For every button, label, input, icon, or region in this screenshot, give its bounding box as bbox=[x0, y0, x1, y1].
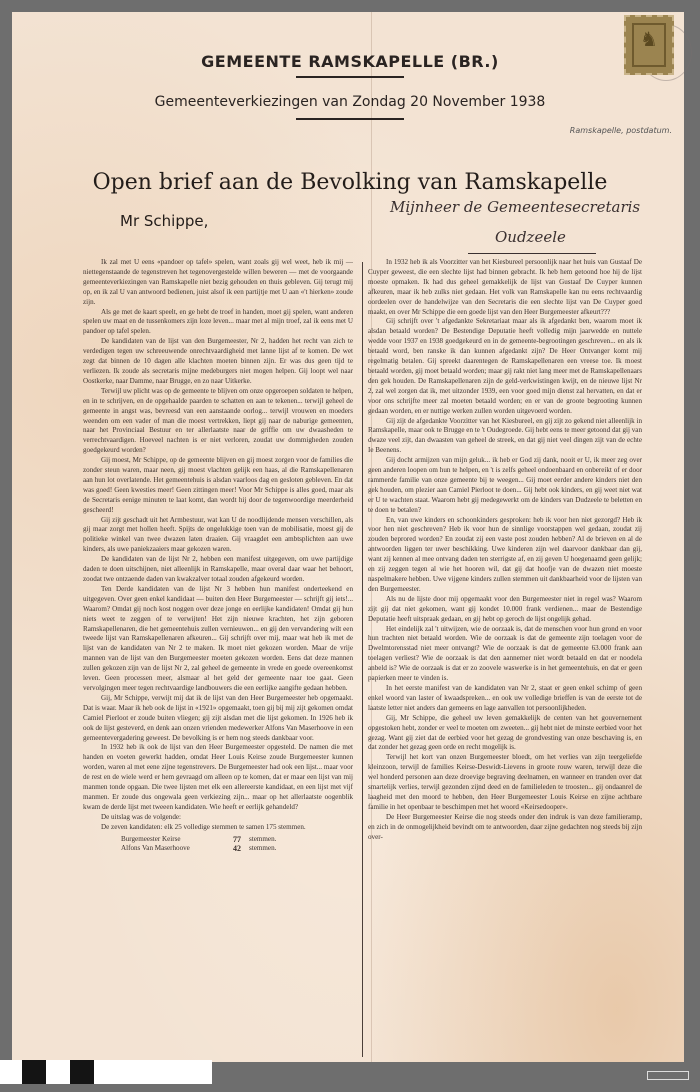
vote-unit: stemmen. bbox=[249, 835, 276, 845]
paragraph: Ten Derde kandidaten van de lijst Nr 3 h… bbox=[83, 585, 353, 694]
paragraph: In 1932 heb ik als Voorzitter van het Ki… bbox=[368, 258, 642, 317]
paragraph: Gij zijt geschadt uit het Armbestuur, wa… bbox=[83, 516, 353, 556]
subtitle-rule bbox=[296, 118, 404, 120]
candidate-name: Alfons Van Maserhoove bbox=[121, 844, 233, 854]
vote-count: 77 bbox=[233, 835, 249, 845]
handwritten-underline bbox=[468, 253, 596, 254]
paragraph: In 1932 heb ik ook de lijst van den Heer… bbox=[83, 743, 353, 812]
vote-unit: stemmen. bbox=[249, 844, 276, 854]
paragraph: Ik zal met U eens «pandoer op tafel» spe… bbox=[83, 258, 353, 308]
column-divider bbox=[362, 262, 363, 1057]
paragraph: En, van uwe kinders en schoonkinders ges… bbox=[368, 516, 642, 595]
paragraph: Gij, Mr Schippe, verwijt mij dat ik de l… bbox=[83, 694, 353, 744]
paragraph: Het eindelijk zal 't uitwijzen, wie de o… bbox=[368, 625, 642, 684]
paragraph: Gij moest, Mr Schippe, op de gemeente bl… bbox=[83, 456, 353, 515]
paragraph: De Heer Burgemeester Keirse die nog stee… bbox=[368, 813, 642, 843]
paragraph: Terwijl het kort van onzen Burgemeester … bbox=[368, 753, 642, 812]
paragraph: De kandidaten van de lijst van den Burge… bbox=[83, 337, 353, 387]
paragraph: De zeven kandidaten: elk 25 volledige st… bbox=[83, 823, 353, 833]
handwritten-address-line-1: Mijnheer de Gemeentesecretaris bbox=[390, 198, 640, 216]
paragraph: In het eerste manifest van de kandidaten… bbox=[368, 684, 642, 714]
scale-marker bbox=[647, 1071, 689, 1080]
salutation: Mr Schippe, bbox=[120, 212, 208, 230]
paragraph: De uitslag was de volgende: bbox=[83, 813, 353, 823]
paragraph: Gij schrijft over 't afgedankte Sekretar… bbox=[368, 317, 642, 416]
vote-count: 42 bbox=[233, 844, 249, 854]
paragraph: De kandidaten van de lijst Nr 2, hebben … bbox=[83, 555, 353, 585]
color-scale-bar bbox=[0, 1060, 212, 1084]
candidate-name: Burgemeester Keirse bbox=[121, 835, 233, 845]
vote-results: Burgemeester Keirse77stemmen.Alfons Van … bbox=[121, 835, 353, 855]
paragraph: Terwijl uw plicht was op de gemeente te … bbox=[83, 387, 353, 456]
headline: Open brief aan de Bevolking van Ramskape… bbox=[0, 170, 700, 195]
paragraph: Gij docht armijzen van mijn geluk... ik … bbox=[368, 456, 642, 515]
paragraph: Als nu de lijste door mij opgemaakt voor… bbox=[368, 595, 642, 625]
vote-row: Burgemeester Keirse77stemmen. bbox=[121, 835, 353, 845]
handwritten-address-line-2: Oudzeele bbox=[495, 228, 566, 246]
left-column: Ik zal met U eens «pandoer op tafel» spe… bbox=[83, 258, 353, 854]
dateline: Ramskapelle, postdatum. bbox=[570, 126, 672, 135]
paragraph: Gij zijt de afgedankte Voorzitter van he… bbox=[368, 417, 642, 457]
vote-row: Alfons Van Maserhoove42stemmen. bbox=[121, 844, 353, 854]
document-title: GEMEENTE RAMSKAPELLE (BR.) bbox=[0, 52, 700, 71]
title-rule bbox=[296, 76, 404, 78]
paragraph: Als ge met de kaart speelt, en ge hebt d… bbox=[83, 308, 353, 338]
document-subtitle: Gemeenteverkiezingen van Zondag 20 Novem… bbox=[0, 94, 700, 110]
lion-icon: ♞ bbox=[626, 27, 672, 51]
paragraph: Gij, Mr Schippe, die geheel uw leven gem… bbox=[368, 714, 642, 754]
right-column: In 1932 heb ik als Voorzitter van het Ki… bbox=[368, 258, 642, 842]
